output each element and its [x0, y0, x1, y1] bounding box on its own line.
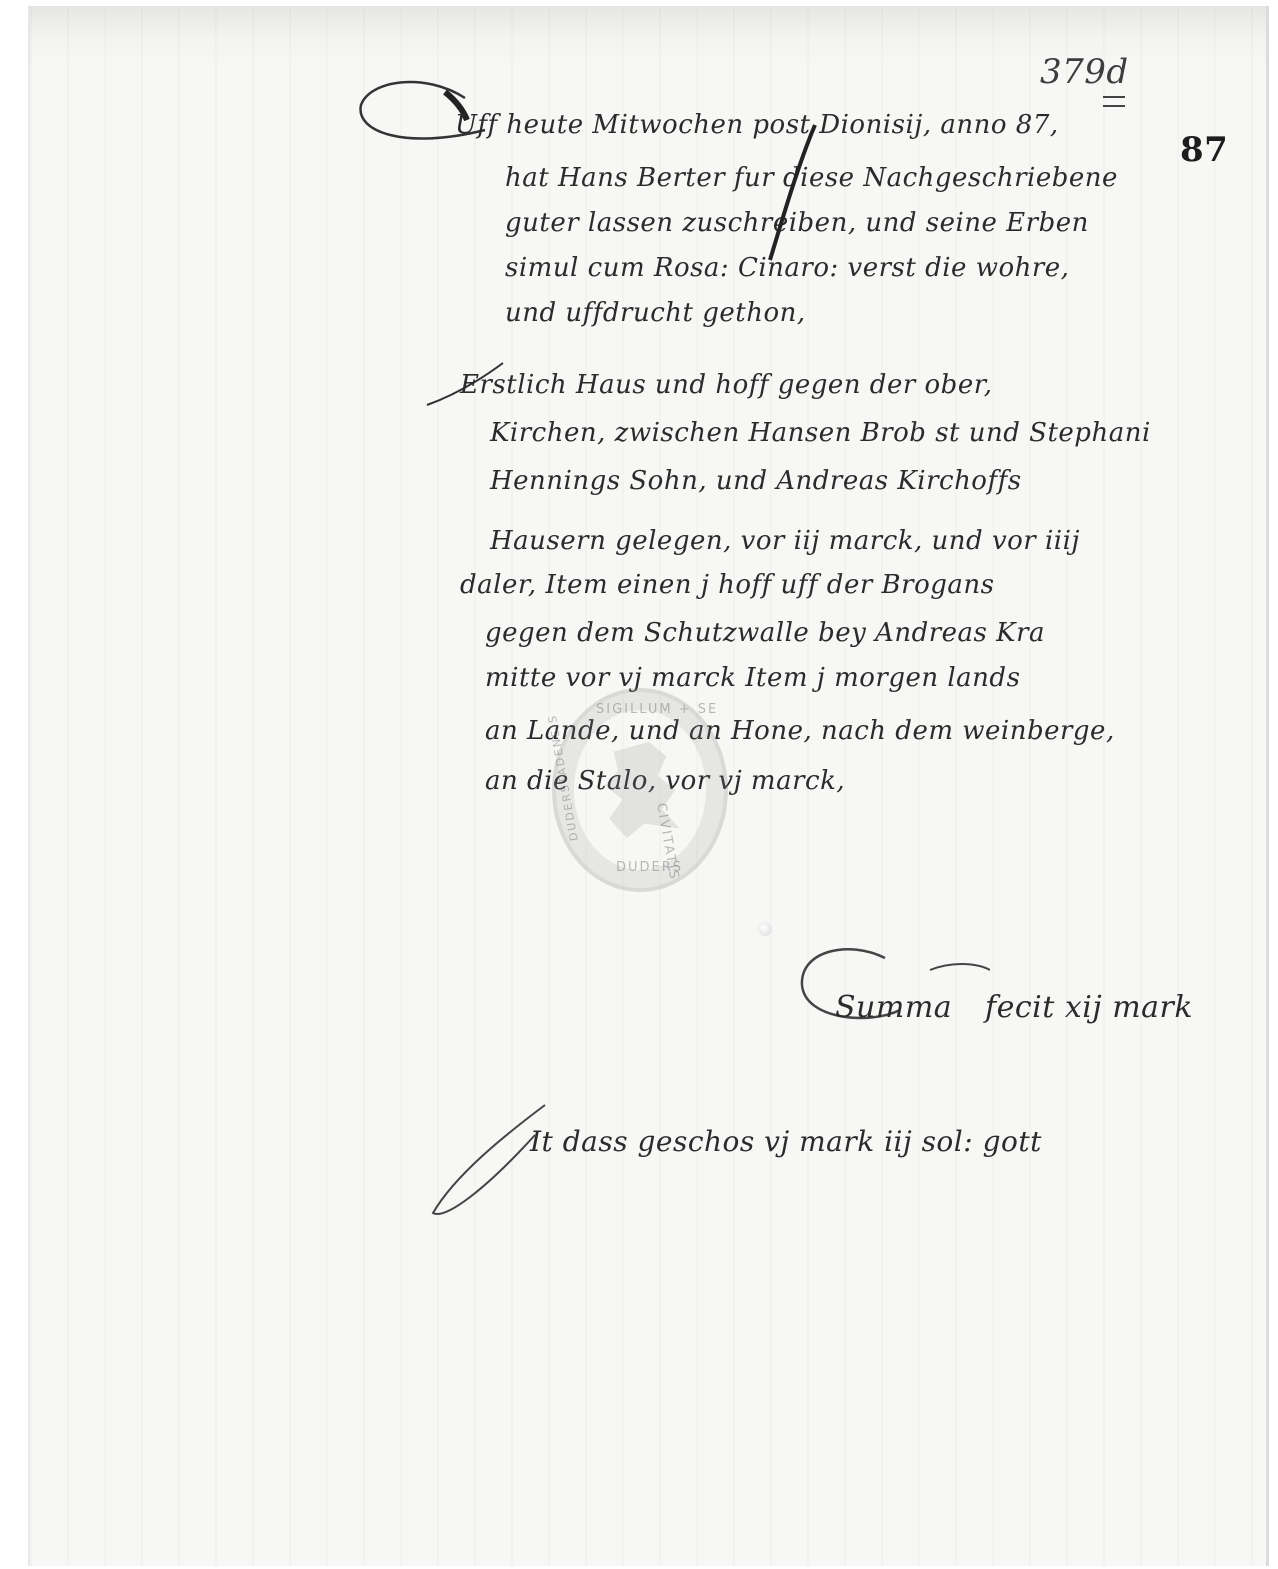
archival-seal-stamp: SIGILLUM + SE CIVITATIS DUDERS DUDERSTAD…	[552, 688, 728, 892]
text-line: Uff heute Mitwochen post Dionisij, anno …	[455, 112, 1059, 138]
text-line: daler, Item einen j hoff uff der Brogans	[460, 572, 994, 598]
text-line: hat Hans Berter fur diese Nachgeschriebe…	[505, 165, 1118, 191]
text-line: Hausern gelegen, vor iij marck, und vor …	[490, 528, 1080, 554]
summa-value: fecit xij mark	[985, 990, 1193, 1025]
text-line: und uffdrucht gethon,	[505, 300, 806, 326]
text-line: Hennings Sohn, und Andreas Kirchoffs	[490, 468, 1022, 494]
text-line: gegen dem Schutzwalle bey Andreas Kra	[485, 620, 1045, 646]
paper-pinhole	[758, 922, 772, 936]
folio-underline-mark	[1103, 96, 1125, 107]
seal-text-top: SIGILLUM + SE	[596, 702, 718, 717]
text-line: guter lassen zuschreiben, und seine Erbe…	[505, 210, 1089, 236]
footer-note: It dass geschos vj mark iij sol: gott	[530, 1128, 1042, 1156]
text-line: Kirchen, zwischen Hansen Brob st und Ste…	[490, 420, 1151, 446]
seal-text-bottom: DUDERS	[616, 860, 683, 875]
text-line: mitte vor vj marck Item j morgen lands	[485, 665, 1020, 691]
text-line: simul cum Rosa: Cinaro: verst die wohre,	[505, 255, 1069, 281]
text-line: Erstlich Haus und hoff gegen der ober,	[460, 372, 993, 398]
year-marker: 87	[1180, 130, 1228, 170]
folio-number: 379d	[1040, 52, 1129, 92]
summa-label: Summa	[835, 990, 952, 1025]
